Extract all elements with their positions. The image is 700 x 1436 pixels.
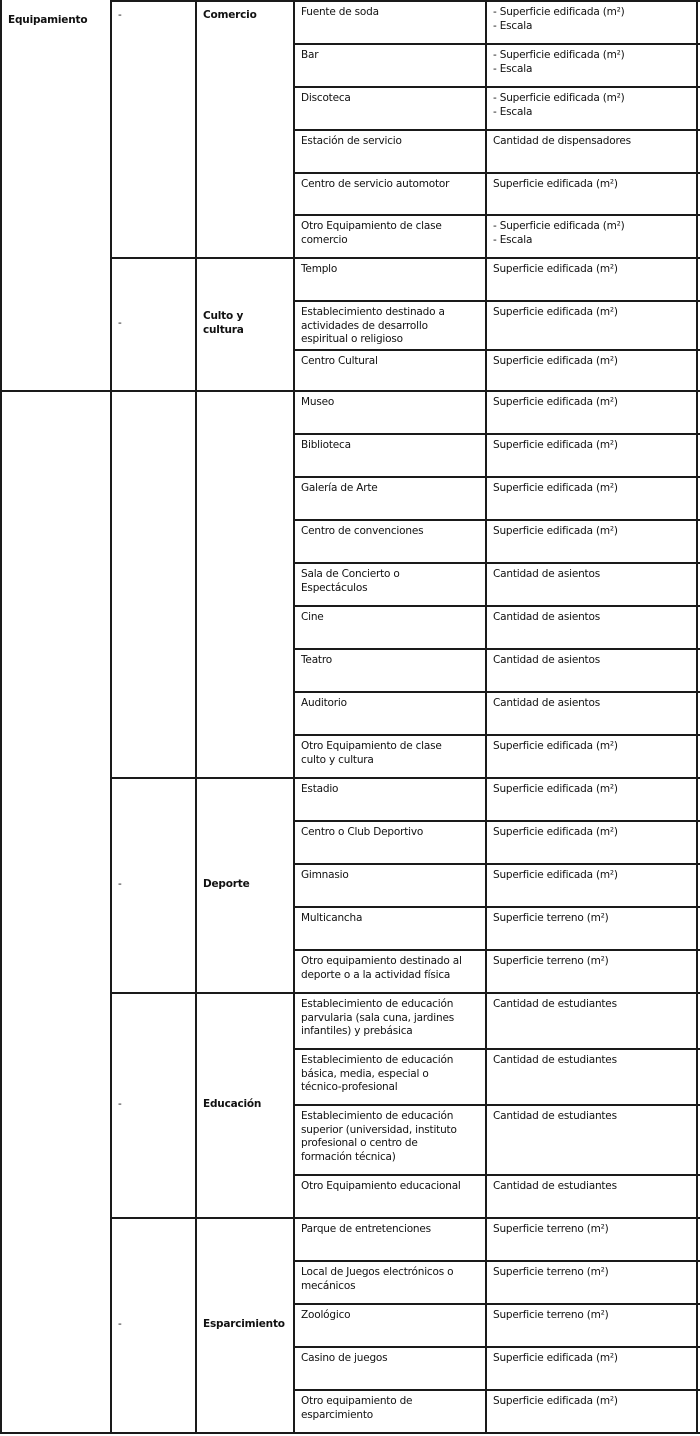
row-divider xyxy=(293,777,700,779)
type-cell: Teatro xyxy=(293,648,485,691)
measure-cell: - Superficie edificada (m²) - Escala xyxy=(485,43,698,86)
type-cell: Local de Juegos electrónicos o mecánicos xyxy=(293,1260,485,1303)
measure-cell: Superficie edificada (m²) xyxy=(485,390,698,433)
row-divider xyxy=(293,0,700,2)
measure-cell: Cantidad de estudiantes xyxy=(485,992,698,1048)
type-cell: Zoológico xyxy=(293,1303,485,1346)
measure-cell: Superficie terreno (m²) xyxy=(485,1260,698,1303)
type-cell: Multicancha xyxy=(293,906,485,949)
dash-cell: - xyxy=(110,992,195,1217)
measure-cell: Superficie edificada (m²) xyxy=(485,476,698,519)
dash-cell: - xyxy=(110,1217,195,1432)
type-cell: Auditorio xyxy=(293,691,485,734)
column-divider xyxy=(195,390,197,1434)
type-cell: Estadio xyxy=(293,777,485,820)
type-cell: Otro equipamiento de esparcimiento xyxy=(293,1389,485,1432)
measure-cell: Cantidad de estudiantes xyxy=(485,1174,698,1217)
type-cell: Bar xyxy=(293,43,485,86)
group-name: Esparcimiento xyxy=(195,1217,293,1432)
dash-cell: - xyxy=(110,257,195,390)
type-cell: Centro o Club Deportivo xyxy=(293,820,485,863)
type-cell: Discoteca xyxy=(293,86,485,129)
measure-cell: Superficie edificada (m²) xyxy=(485,863,698,906)
row-divider xyxy=(293,349,700,351)
row-divider xyxy=(293,1260,700,1262)
column-divider xyxy=(485,0,487,392)
type-cell: Gimnasio xyxy=(293,863,485,906)
measure-cell: Superficie edificada (m²) xyxy=(485,820,698,863)
column-divider xyxy=(110,0,112,392)
measure-cell: Superficie edificada (m²) xyxy=(485,734,698,777)
measure-cell: Cantidad de estudiantes xyxy=(485,1048,698,1104)
row-divider xyxy=(293,257,700,259)
row-divider xyxy=(293,734,700,736)
group-name: Comercio xyxy=(195,3,293,23)
type-cell: Centro de convenciones xyxy=(293,519,485,562)
type-cell: Parque de entretenciones xyxy=(293,1217,485,1260)
row-divider xyxy=(293,1432,700,1434)
type-cell: Otro Equipamiento de clase culto y cultu… xyxy=(293,734,485,777)
row-divider xyxy=(0,1432,295,1434)
measure-cell: Cantidad de asientos xyxy=(485,562,698,605)
type-cell: Casino de juegos xyxy=(293,1346,485,1389)
type-cell: Establecimiento destinado a actividades … xyxy=(293,300,485,349)
column-divider xyxy=(0,390,2,1434)
type-cell: Cine xyxy=(293,605,485,648)
type-cell: Sala de Concierto o Espectáculos xyxy=(293,562,485,605)
measure-cell: Superficie terreno (m²) xyxy=(485,1217,698,1260)
row-divider xyxy=(293,390,700,392)
column-divider xyxy=(696,0,698,392)
type-cell: Establecimiento de educación superior (u… xyxy=(293,1104,485,1174)
row-divider xyxy=(293,1389,700,1391)
type-cell: Otro equipamiento destinado al deporte o… xyxy=(293,949,485,992)
row-divider xyxy=(293,86,700,88)
row-divider xyxy=(110,0,295,2)
measure-cell: Superficie edificada (m²) xyxy=(485,1389,698,1432)
type-cell: Otro Equipamiento de clase comercio xyxy=(293,214,485,257)
measure-cell: - Superficie edificada (m²) - Escala xyxy=(485,0,698,43)
type-cell: Templo xyxy=(293,257,485,300)
column-divider xyxy=(293,0,295,392)
measure-cell: Superficie edificada (m²) xyxy=(485,519,698,562)
measure-cell: Superficie edificada (m²) xyxy=(485,433,698,476)
row-divider xyxy=(293,1174,700,1176)
row-divider xyxy=(293,300,700,302)
measure-cell: Cantidad de asientos xyxy=(485,605,698,648)
measure-cell: Superficie edificada (m²) xyxy=(485,300,698,349)
row-divider xyxy=(293,1217,700,1219)
measure-cell: Cantidad de asientos xyxy=(485,648,698,691)
type-cell: Centro Cultural xyxy=(293,349,485,390)
row-divider xyxy=(293,949,700,951)
type-cell: Fuente de soda xyxy=(293,0,485,43)
measure-cell: Superficie edificada (m²) xyxy=(485,172,698,214)
group-name: Educación xyxy=(195,992,293,1217)
type-cell: Biblioteca xyxy=(293,433,485,476)
measure-cell: Superficie edificada (m²) xyxy=(485,349,698,390)
row-divider xyxy=(293,906,700,908)
row-divider xyxy=(293,172,700,174)
row-divider xyxy=(293,992,700,994)
measure-cell: Superficie terreno (m²) xyxy=(485,1303,698,1346)
measure-cell: Cantidad de estudiantes xyxy=(485,1104,698,1174)
row-divider xyxy=(293,648,700,650)
measure-cell: Superficie edificada (m²) xyxy=(485,1346,698,1389)
type-cell: Establecimiento de educación parvularia … xyxy=(293,992,485,1048)
row-divider xyxy=(293,1303,700,1305)
row-divider xyxy=(0,390,295,392)
column-divider xyxy=(110,390,112,1434)
row-divider xyxy=(293,476,700,478)
column-divider xyxy=(696,390,698,1434)
column-divider xyxy=(485,390,487,1434)
top-category: Equipamiento xyxy=(0,8,110,38)
column-divider xyxy=(293,390,295,1434)
row-divider xyxy=(293,1346,700,1348)
measure-cell: Superficie terreno (m²) xyxy=(485,949,698,992)
type-cell: Estación de servicio xyxy=(293,129,485,172)
dash-cell: - xyxy=(110,3,195,23)
row-divider xyxy=(293,562,700,564)
measure-cell: Superficie terreno (m²) xyxy=(485,906,698,949)
group-name: Culto y cultura xyxy=(195,257,293,390)
column-divider xyxy=(0,0,2,392)
measure-cell: Superficie edificada (m²) xyxy=(485,257,698,300)
row-divider xyxy=(293,129,700,131)
measure-cell: Cantidad de asientos xyxy=(485,691,698,734)
row-divider xyxy=(293,691,700,693)
type-cell: Establecimiento de educación básica, med… xyxy=(293,1048,485,1104)
row-divider xyxy=(293,820,700,822)
type-cell: Museo xyxy=(293,390,485,433)
type-cell: Centro de servicio automotor xyxy=(293,172,485,214)
row-divider xyxy=(293,433,700,435)
row-divider xyxy=(293,1048,700,1050)
measure-cell: Cantidad de dispensadores xyxy=(485,129,698,172)
type-cell: Otro Equipamiento educacional xyxy=(293,1174,485,1217)
row-divider xyxy=(293,605,700,607)
type-cell: Galería de Arte xyxy=(293,476,485,519)
row-divider xyxy=(293,43,700,45)
dash-cell: - xyxy=(110,777,195,992)
measure-cell: - Superficie edificada (m²) - Escala xyxy=(485,214,698,257)
row-divider xyxy=(293,214,700,216)
measure-cell: - Superficie edificada (m²) - Escala xyxy=(485,86,698,129)
column-divider xyxy=(195,0,197,392)
measure-cell: Superficie edificada (m²) xyxy=(485,777,698,820)
group-name: Deporte xyxy=(195,777,293,992)
row-divider xyxy=(293,1104,700,1106)
row-divider xyxy=(293,863,700,865)
row-divider xyxy=(293,519,700,521)
